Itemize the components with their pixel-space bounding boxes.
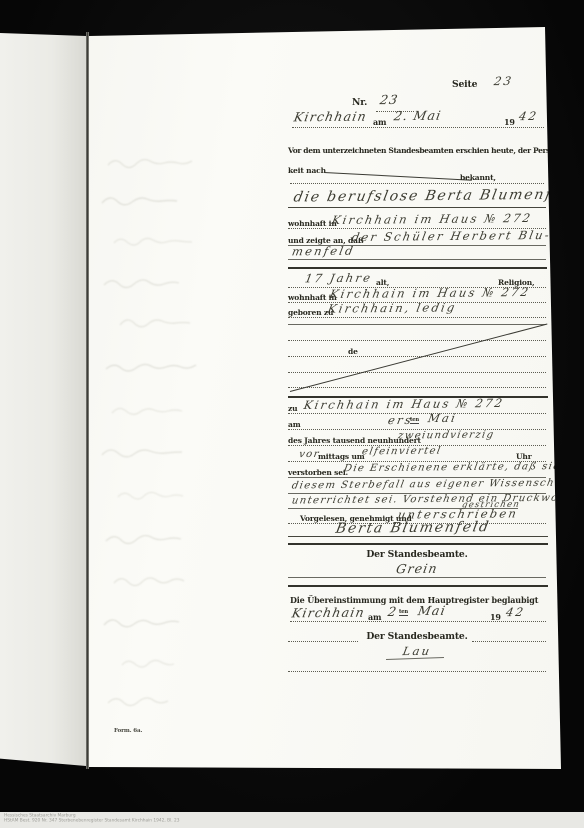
rule — [288, 259, 546, 260]
ink-bleedthrough-ghost-writing — [94, 125, 304, 725]
diagonal-strike-line — [290, 324, 548, 393]
rule — [288, 372, 546, 373]
section-rule — [288, 267, 547, 269]
declarant-name: die berufslose Berta Blumenfeld — [292, 188, 580, 205]
registrar-heading-2: Der Standesbeamte. — [288, 632, 546, 641]
year-written: 42 — [518, 111, 539, 123]
rule — [290, 183, 544, 184]
bekannt-label: bekannt, — [460, 174, 496, 182]
death-month: Mai — [427, 413, 458, 425]
record-number-label: Nr. — [352, 98, 367, 107]
registrar-signature-2: Lau — [287, 645, 548, 659]
birth-place: Kirchhain, ledig — [327, 302, 458, 315]
death-year-written: zweiundvierzig — [397, 430, 495, 441]
registrar-signature: Grein — [287, 562, 548, 577]
rule — [288, 413, 546, 414]
section-rule — [288, 543, 548, 545]
cert-am-label: am — [368, 613, 381, 621]
declarant-address: Kirchhain im Haus № 272 — [331, 213, 533, 227]
adjacent-page-edge — [0, 33, 86, 766]
declarant-signature: Berta Blumenfeld — [335, 520, 492, 536]
uhr-label: Uhr — [516, 453, 532, 461]
year-printed: 19 — [504, 118, 515, 126]
page-number-value: 23 — [493, 76, 514, 88]
statement-line2: diesem Sterbefall aus eigener Wissenscha… — [291, 479, 574, 492]
ten-suffix: ten — [410, 418, 419, 424]
archive-watermark: Hessisches Staatsarchiv Marburg HStAM Be… — [4, 813, 180, 823]
deceased-address: Kirchhain im Haus № 272 — [329, 287, 531, 301]
record-day-month: 2. Mai — [393, 110, 443, 123]
intro-text-line1: Vor dem unterzeichneten Standesbeamten e… — [288, 147, 577, 155]
death-place: Kirchhain im Haus № 272 — [303, 398, 505, 412]
statement-line3: unterrichtet sei. Vorstehend ein Druckwo… — [291, 494, 571, 507]
zu-label: zu — [288, 405, 297, 413]
cert-ten-suffix: ten — [399, 610, 408, 616]
cert-month: Mai — [417, 605, 447, 618]
form-reference: Form. 6a. — [114, 729, 142, 735]
record-place: Kirchhain — [293, 111, 368, 124]
microfilm-scan: Seite 23 Nr. 23 Kirchhain am 2. Mai 19 4… — [0, 0, 584, 828]
section-rule — [288, 585, 548, 587]
book-binding-crease — [86, 32, 89, 769]
cert-year-printed: 19 — [490, 613, 501, 621]
deceased-name-line1: der Schüler Herbert Blu- — [351, 230, 552, 244]
deceased-name-line2: menfeld — [291, 246, 356, 258]
rule — [288, 577, 546, 578]
registrar-heading: Der Standesbeamte. — [288, 550, 546, 559]
rule — [288, 340, 546, 341]
struck-printed-fragment: de — [348, 348, 358, 356]
alt-label: alt, — [376, 279, 389, 287]
rule — [288, 317, 546, 318]
wohnhaft-label: wohnhaft in — [288, 220, 337, 228]
rule — [288, 387, 546, 388]
death-time: elfeinviertel — [361, 447, 442, 458]
verstorben-label: verstorben sei. — [288, 469, 348, 477]
cert-day: 2 — [387, 606, 398, 619]
rule — [472, 641, 546, 642]
am-label: am — [373, 118, 386, 126]
cert-year-written: 42 — [505, 607, 526, 619]
page-number-label: Seite — [452, 80, 477, 89]
rule — [288, 536, 548, 537]
rule — [292, 127, 544, 128]
archive-watermark-line2: HStAM Best. 920 Nr. 347 Sterbenebenregis… — [4, 818, 180, 823]
certification-text: Die Übereinstimmung mit dem Hauptregiste… — [290, 596, 538, 604]
record-number-value: 23 — [379, 94, 400, 107]
statement-line1: Die Erschienene erklärte, daß sie von — [343, 462, 584, 475]
rule — [288, 671, 546, 672]
mittags-label: mittags um — [318, 453, 365, 461]
rule — [288, 324, 546, 325]
strike-line — [324, 172, 472, 181]
intro-text-line2: keit nach — [288, 167, 326, 175]
rule — [288, 641, 358, 642]
rule — [290, 621, 546, 622]
am-label-2: am — [288, 421, 301, 429]
rule — [288, 207, 546, 208]
scan-footer-strip: Hessisches Staatsarchiv Marburg HStAM Be… — [0, 812, 584, 828]
cert-place: Kirchhain — [291, 607, 366, 620]
deceased-age: 17 Jahre — [304, 273, 373, 285]
